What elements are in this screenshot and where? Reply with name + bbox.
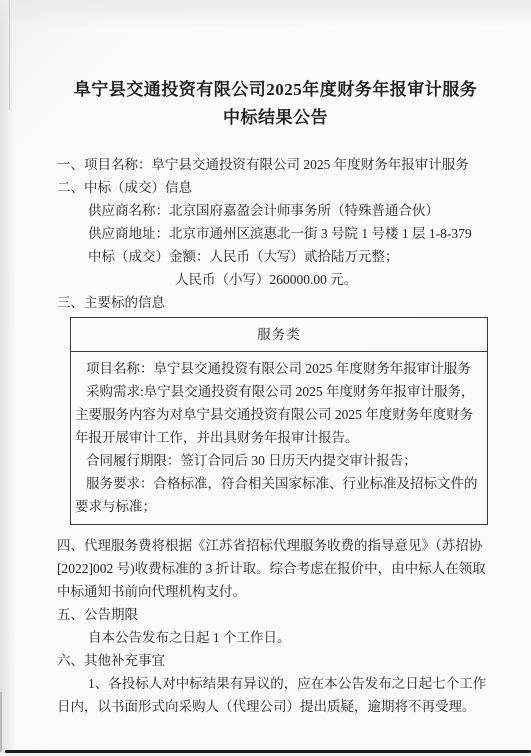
document-content: 阜宁县交通投资有限公司2025年度财务年报审计服务 中标结果公告 一、项目名称：…: [57, 76, 494, 718]
table-row-procurement-demand: 采购需求:阜宁县交通投资有限公司 2025 年度财务年报审计服务，主要服务内容为…: [75, 380, 483, 449]
document-title: 阜宁县交通投资有限公司2025年度财务年报审计服务 中标结果公告: [57, 76, 494, 132]
section-6-heading: 六、其他补充事宜: [57, 649, 494, 672]
scan-left-edge-line: [9, 0, 10, 110]
section-1-project-name: 一、项目名称：阜宁县交通投资有限公司 2025 年度财务年报审计服务: [57, 153, 494, 176]
section-6-item-1: 1、各投标人对中标结果有异议的，应在本公告发布之日起七个工作日内，以书面形式向采…: [57, 672, 494, 718]
table-body: 项目名称：阜宁县交通投资有限公司 2025 年度财务年报审计服务 采购需求:阜宁…: [71, 352, 487, 524]
section-2-heading: 二、中标（成交）信息: [57, 176, 494, 199]
scanned-document-page: 阜宁县交通投资有限公司2025年度财务年报审计服务 中标结果公告 一、项目名称：…: [0, 0, 531, 756]
award-amount-capital: 中标（成交）金额：人民币（大写）贰拾陆万元整；: [57, 245, 494, 268]
section-5-body: 自本公告发布之日起 1 个工作日。: [57, 626, 494, 649]
award-amount-numeric: 人民币（小写）260000.00 元。: [57, 268, 494, 291]
table-row-project-name: 项目名称：阜宁县交通投资有限公司 2025 年度财务年报审计服务: [75, 357, 483, 380]
section-4-agency-fee: 四、代理服务费将根据《江苏省招标代理服务收费的指导意见》（苏招协[2022]00…: [57, 534, 494, 603]
table-row-contract-period: 合同履行期限：签订合同后 30 日历天内提交审计报告；: [75, 449, 483, 472]
supplier-name: 供应商名称：北京国府嘉盈会计师事务所（特殊普通合伙）: [57, 199, 494, 222]
subject-info-table: 服务类 项目名称：阜宁县交通投资有限公司 2025 年度财务年报审计服务 采购需…: [70, 317, 488, 525]
section-3-heading: 三、主要标的信息: [57, 291, 494, 314]
supplier-address: 供应商地址：北京市通州区滨惠北一街 3 号院 1 号楼 1 层 1-8-379: [57, 222, 494, 245]
section-5-heading: 五、公告期限: [57, 603, 494, 626]
table-header-service-category: 服务类: [71, 318, 487, 352]
title-line-2: 中标结果公告: [57, 104, 494, 132]
scan-bottom-edge-line: [5, 750, 531, 753]
table-row-service-requirement: 服务要求：合格标准，符合相关国家标准、行业标准及招标文件的要求与标准；: [75, 472, 483, 518]
title-line-1: 阜宁县交通投资有限公司2025年度财务年报审计服务: [57, 76, 494, 104]
scan-bottom-left-edge: [0, 692, 2, 752]
